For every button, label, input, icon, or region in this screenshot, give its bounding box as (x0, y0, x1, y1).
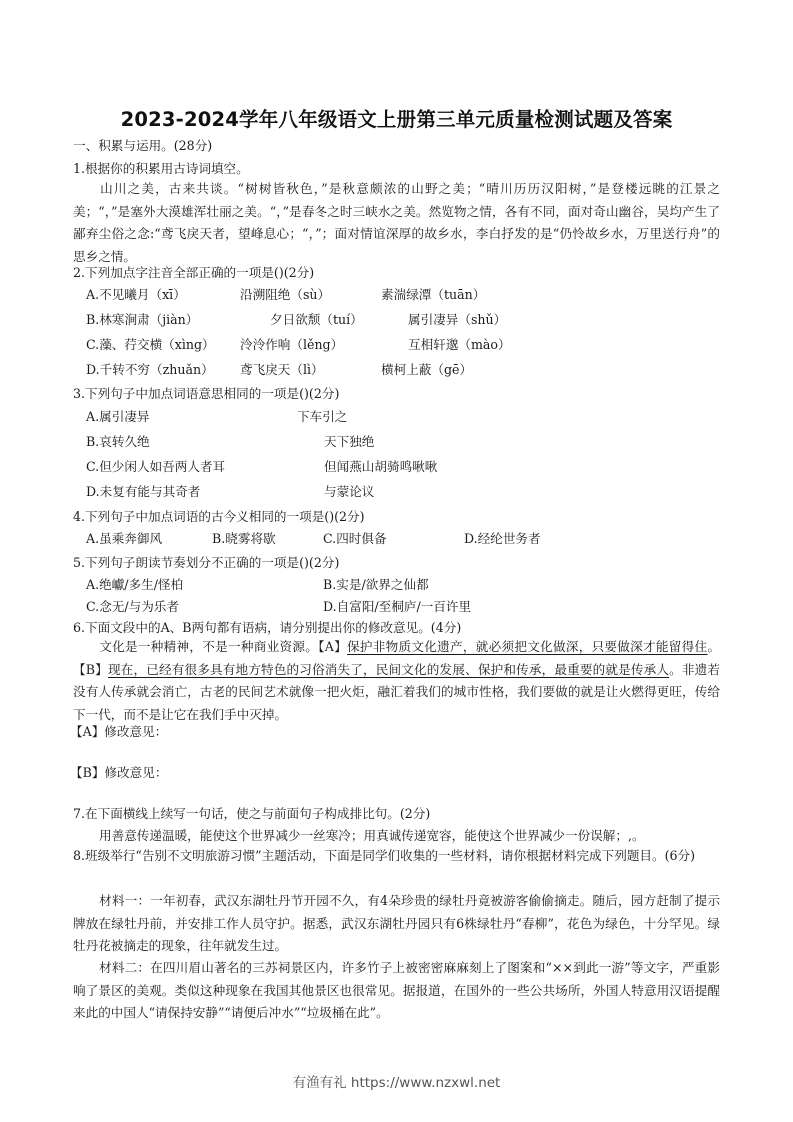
q2-option-d-2: 鸢飞戾天（lì） (240, 362, 324, 378)
question-6-stem: 6.下面文段中的A、B两句都有语病，请分别提出你的修改意见。(4分) (73, 620, 461, 636)
q2-option-c-3: 互相轩邈（mào） (408, 337, 511, 353)
q6-answer-a-label: 【A】修改意见： (70, 724, 167, 740)
question-5-stem: 5.下列句子朗读节奏划分不正确的一项是()(2分) (73, 555, 339, 571)
material-1-text: 材料一：一年初春，武汉东湖牡丹节开园不久，有4朵珍贵的绿牡丹竟被游客偷偷摘走。随… (73, 893, 720, 953)
q2-option-b-3: 属引凄异（shǔ） (408, 312, 506, 328)
page-title: 2023-2024学年八年级语文上册第三单元质量检测试题及答案 (0, 104, 793, 132)
q5-option-a: A.绝巘/多生/怪柏 (86, 577, 183, 593)
q6-sentence-b: 现在，已经有很多具有地方特色的习俗消失了，民间文化的发展、保护和传承，最重要的就… (108, 662, 669, 677)
q5-option-d: D.自富阳/至桐庐/一百许里 (323, 599, 471, 615)
q2-option-d-3: 横柯上蔽（gē） (381, 362, 472, 378)
question-8-stem: 8.班级举行“告别不文明旅游习惯”主题活动，下面是同学们收集的一些材料，请你根据… (73, 845, 720, 868)
material-2-text: 材料二：在四川眉山著名的三苏祠景区内，许多竹子上被密密麻麻刻上了图案和“××到此… (73, 960, 720, 1020)
q3-option-b-1: B.哀转久绝 (86, 434, 150, 450)
q2-option-a-3: 素湍绿潭（tuān） (381, 287, 485, 303)
footer-watermark: 有渔有礼 https://www.nzxwl.net (0, 1071, 793, 1091)
q3-option-b-2: 天下独绝 (324, 434, 374, 450)
question-2-stem: 2.下列加点字注音全部正确的一项是()(2分) (73, 265, 314, 281)
question-4-stem: 4.下列句子中加点词语的古今义相同的一项是()(2分) (73, 509, 365, 525)
q3-option-d-2: 与蒙论议 (324, 484, 374, 500)
q4-option-d: D.经纶世务者 (464, 531, 541, 547)
q6-passage-start: 文化是一种精神，不是一种商业资源。 (99, 639, 318, 654)
question-6-passage: 文化是一种精神，不是一种商业资源。【A】保护非物质文化遗产，就必须把文化做深，只… (73, 636, 720, 726)
q2-option-a-1: A.不见曦月（xī） (86, 287, 186, 303)
question-7-text: 用善意传递温暖，能使这个世界减少一丝寒冷；用真诚传递宽容，能使这个世界减少一份误… (99, 828, 645, 844)
q2-option-c-1: C.藻、荇交横（xìng） (86, 337, 215, 353)
q6-mark-b: 【B】 (73, 662, 108, 677)
q2-option-b-1: B.林寒涧肃（jiàn） (86, 312, 198, 328)
q3-option-c-1: C.但少闲人如吾两人者耳 (86, 459, 225, 475)
q5-option-c: C.念无/与为乐者 (86, 599, 179, 615)
q2-option-c-2: 泠泠作响（lěng） (240, 337, 343, 353)
section-heading: 一、积累与运用。(28分) (73, 138, 212, 154)
q4-option-a: A.虽乘奔御风 (86, 531, 162, 547)
question-1-stem: 1.根据你的积累用古诗词填空。 (73, 161, 249, 177)
q6-answer-b-label: 【B】修改意见： (70, 765, 167, 781)
q4-option-c: C.四时俱备 (323, 531, 387, 547)
question-1-text: 山川之美，古来共谈。“树树皆秋色，”是秋意颇浓的山野之美；“晴川历历汉阳树，”是… (73, 181, 720, 264)
q4-option-b: B.晓雾将歇 (212, 531, 276, 547)
q6-mark-a: 【A】 (318, 639, 347, 654)
q3-option-d-1: D.未复有能与其奇者 (86, 484, 200, 500)
q2-option-b-2: 夕日欲颓（tuí） (270, 312, 363, 328)
q3-option-c-2: 但闻燕山胡骑鸣啾啾 (324, 459, 437, 475)
q5-option-b: B.实是/欲界之仙都 (323, 577, 429, 593)
q2-option-a-2: 沿溯阻绝（sù） (240, 287, 330, 303)
q3-option-a-1: A.属引凄异 (86, 409, 149, 425)
q2-option-d-1: D.千转不穷（zhuǎn） (86, 362, 214, 378)
q3-option-a-2: 下车引之 (297, 409, 347, 425)
question-1-passage: 山川之美，古来共谈。“树树皆秋色，”是秋意颇浓的山野之美；“晴川历历汉阳树，”是… (73, 178, 720, 268)
q6-sentence-a: 保护非物质文化遗产，就必须把文化做深，只要做深才能留得住 (347, 639, 707, 654)
question-3-stem: 3.下列句子中加点词语意思相同的一项是()(2分) (73, 386, 339, 402)
q6-separator: 。 (707, 639, 720, 654)
question-7-stem: 7.在下面横线上续写一句话，使之与前面句子构成排比句。(2分) (73, 806, 430, 822)
question-8-material-1: 材料一：一年初春，武汉东湖牡丹节开园不久，有4朵珍贵的绿牡丹竟被游客偷偷摘走。随… (73, 890, 720, 958)
question-8-material-2: 材料二：在四川眉山著名的三苏祠景区内，许多竹子上被密密麻麻刻上了图案和“××到此… (73, 957, 720, 1025)
